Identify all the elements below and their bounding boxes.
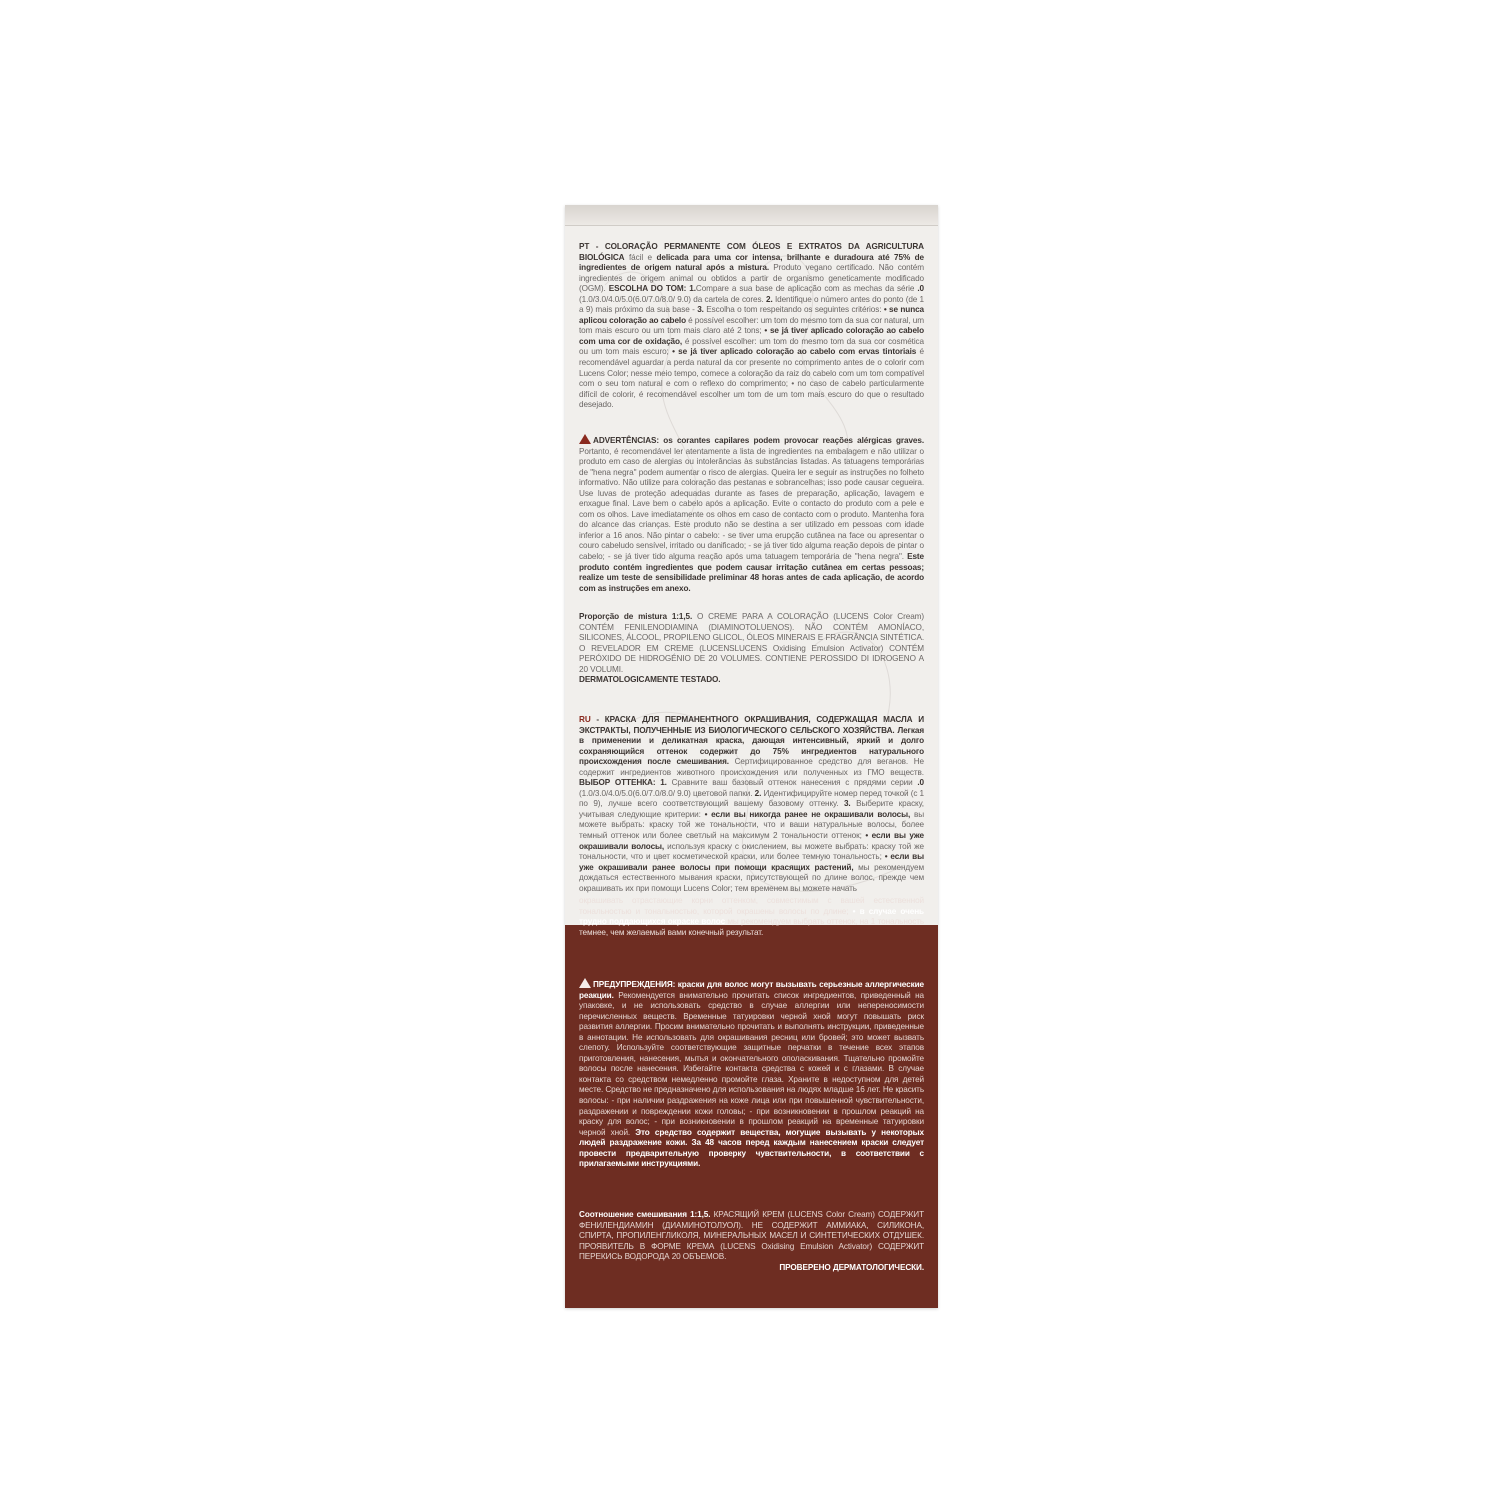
ru-lang-tag: RU <box>579 715 591 724</box>
ru-warnings: ПРЕДУПРЕЖДЕНИЯ: краски для волос могут в… <box>579 977 924 1170</box>
pt-warnings: ADVERTÊNCIAS: os corantes capilares pode… <box>579 433 924 594</box>
pt-choose-title: ESCOLHA DO TOM: <box>609 284 687 293</box>
ru-dermatologically-tested: ПРОВЕРЕНО ДЕРМАТОЛОГИЧЕСКИ. <box>579 1263 924 1274</box>
pt-dermatologically-tested: DERMATOLOGICAMENTE TESTADO. <box>579 675 721 684</box>
product-box-side-panel: PT - COLORAÇÃO PERMANENTE COM ÓLEOS E EX… <box>565 205 938 1308</box>
box-top-flap <box>565 205 938 226</box>
ru-mixing-info: Соотношение смешивания 1:1,5. КРАСЯЩИЙ К… <box>579 1210 924 1273</box>
pt-description: PT - COLORAÇÃO PERMANENTE COM ÓLEOS E EX… <box>579 242 924 411</box>
warning-triangle-icon <box>579 434 591 444</box>
ru-description: RU - КРАСКА ДЛЯ ПЕРМАНЕНТНОГО ОКРАШИВАНИ… <box>579 715 924 938</box>
warning-triangle-icon <box>579 978 591 988</box>
pt-mixing-info: Proporção de mistura 1:1,5. O CREME PARA… <box>579 612 924 686</box>
pt-lang-tag: PT <box>579 242 589 251</box>
ru-choose-title: ВЫБОР ОТТЕНКА: 1. <box>579 778 667 787</box>
